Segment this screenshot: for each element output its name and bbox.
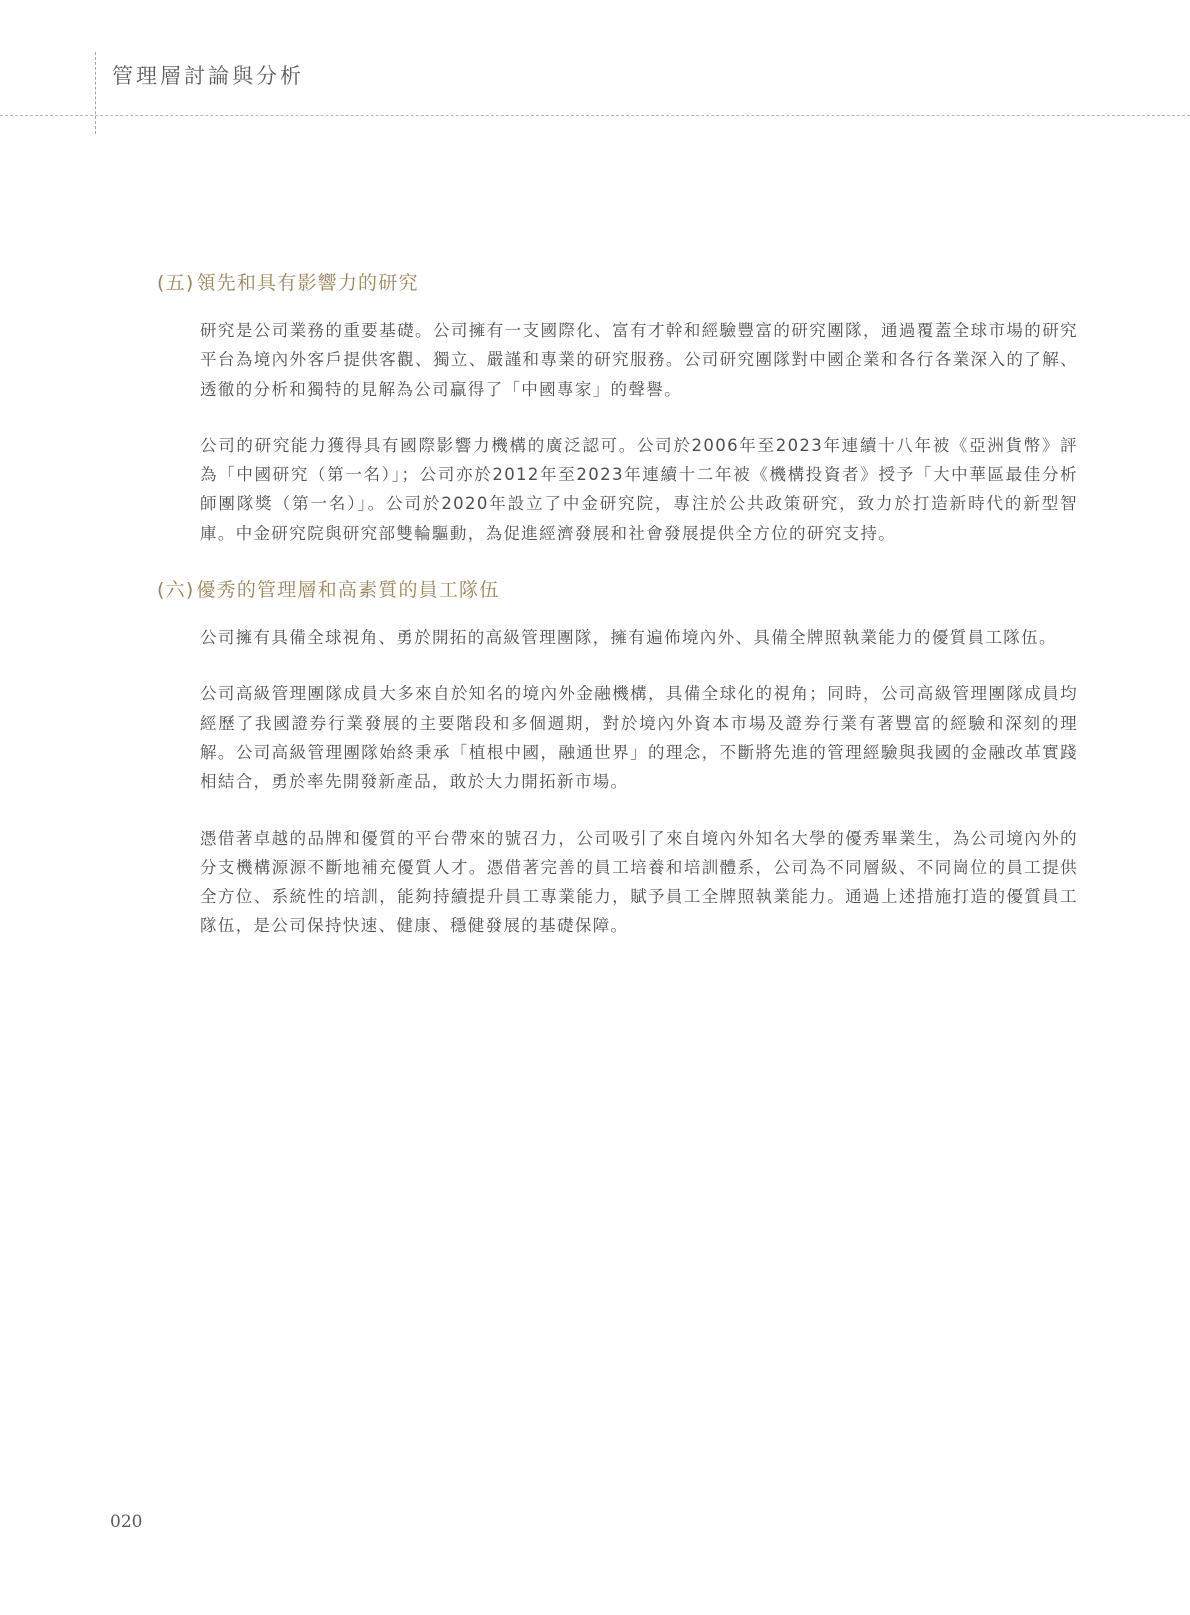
section-heading: (五)領先和具有影響力的研究 [157, 268, 1097, 298]
paragraph: 公司擁有具備全球視角、勇於開拓的高級管理團隊，擁有遍佈境內外、具備全牌照執業能力… [200, 623, 1078, 652]
section-management-team: (六)優秀的管理層和高素質的員工隊伍 公司擁有具備全球視角、勇於開拓的高級管理團… [157, 575, 1097, 941]
section-title: 領先和具有影響力的研究 [196, 272, 418, 294]
vertical-guide-line [95, 52, 96, 134]
paragraph: 研究是公司業務的重要基礎。公司擁有一支國際化、富有才幹和經驗豐富的研究團隊，通過… [200, 316, 1078, 404]
section-research: (五)領先和具有影響力的研究 研究是公司業務的重要基礎。公司擁有一支國際化、富有… [157, 268, 1097, 548]
section-title: 優秀的管理層和高素質的員工隊伍 [196, 579, 499, 601]
horizontal-dashed-divider [0, 115, 1190, 116]
section-number: (六) [157, 579, 194, 601]
paragraph: 憑借著卓越的品牌和優質的平台帶來的號召力，公司吸引了來自境內外知名大學的優秀畢業… [200, 824, 1078, 941]
paragraph: 公司高級管理團隊成員大多來自於知名的境內外金融機構，具備全球化的視角；同時，公司… [200, 679, 1078, 796]
page-number: 020 [110, 1512, 142, 1532]
paragraph: 公司的研究能力獲得具有國際影響力機構的廣泛認可。公司於2006年至2023年連續… [200, 431, 1078, 548]
section-number: (五) [157, 272, 194, 294]
page-content: (五)領先和具有影響力的研究 研究是公司業務的重要基礎。公司擁有一支國際化、富有… [157, 268, 1097, 968]
section-heading: (六)優秀的管理層和高素質的員工隊伍 [157, 575, 1097, 605]
running-header-title: 管理層討論與分析 [112, 60, 304, 90]
